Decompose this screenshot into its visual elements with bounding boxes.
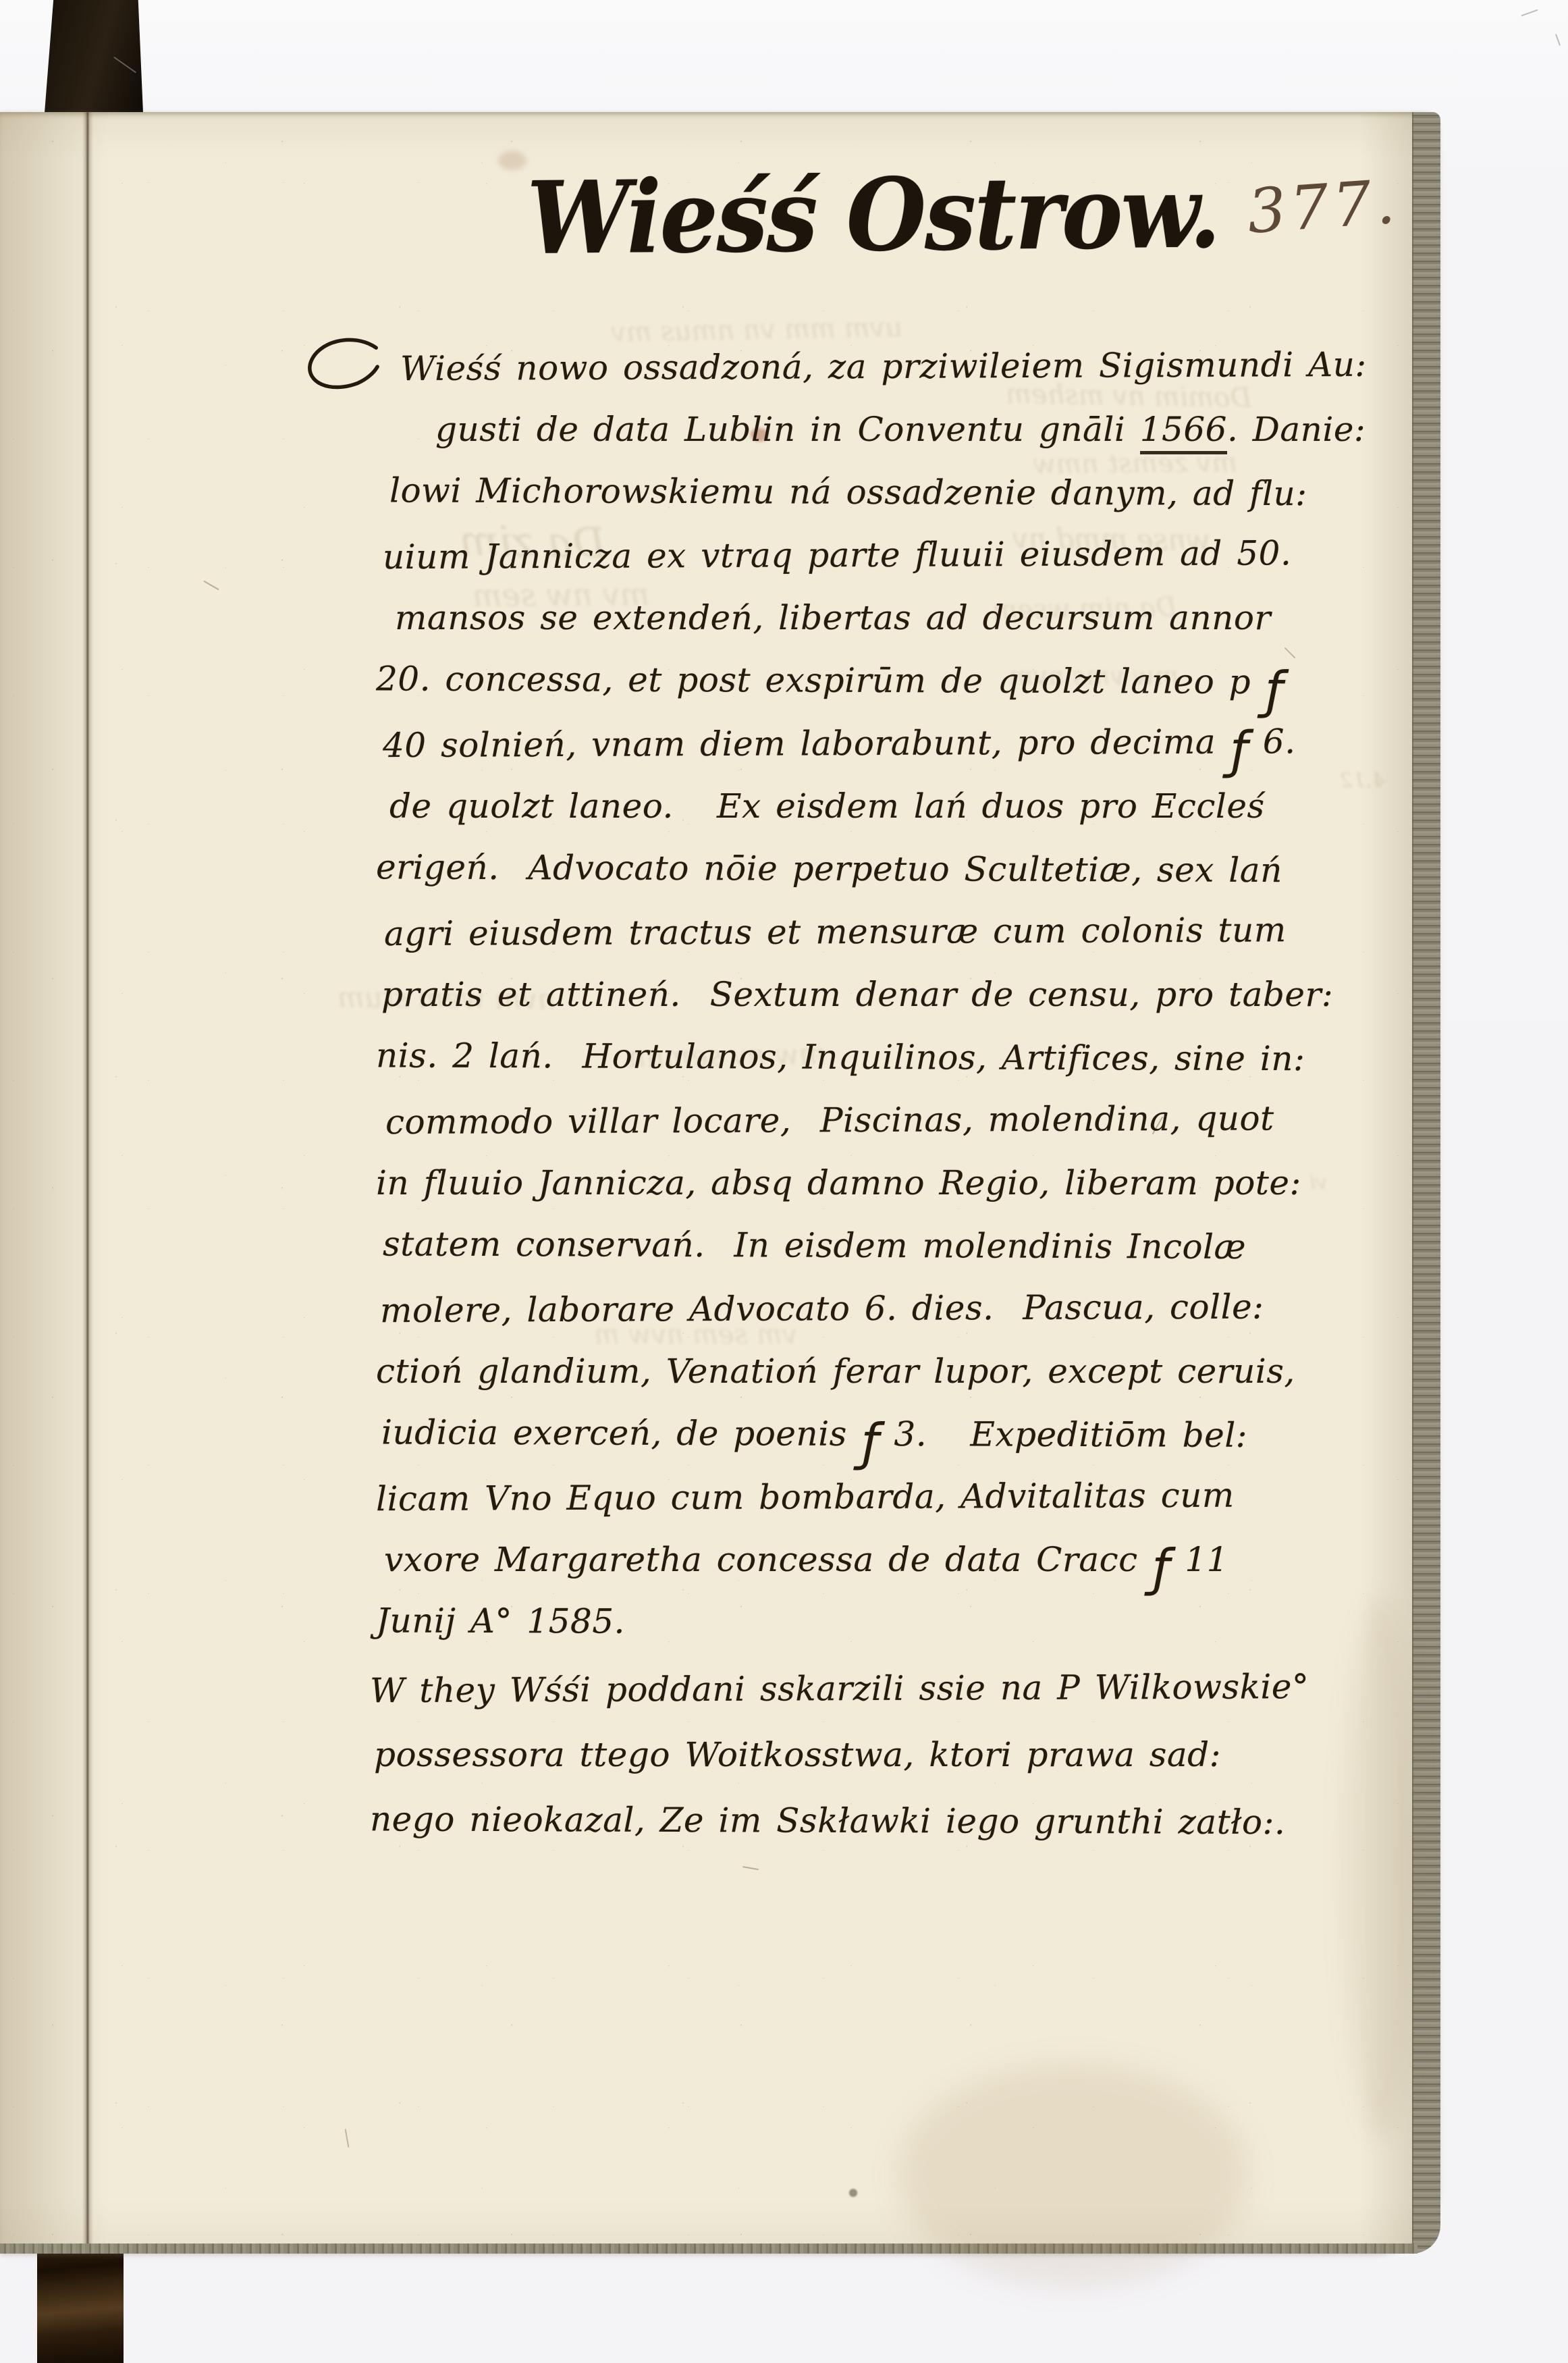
- page-edge-stack-right: [1412, 112, 1440, 2254]
- manuscript-line: commodo villar locare, Piscinas, molendi…: [376, 1087, 1375, 1154]
- paper-fiber: [345, 2129, 350, 2148]
- manuscript-line: molere, laborare Advocato 6. dies. Pascu…: [376, 1275, 1375, 1342]
- manuscript-page: uvm mm vn nmus mvDomim nv mshemmv zemst …: [0, 112, 1439, 2254]
- manuscript-line: licam Vno Equo cum bombarda, Advitalitas…: [376, 1464, 1375, 1531]
- manuscript-line: Wieśś nowo ossadzoná, za prziwileiem Sig…: [376, 334, 1375, 400]
- manuscript-line: erigeń. Advocato nōie perpetuo Scultetiæ…: [376, 836, 1375, 902]
- manuscript-line: 40 solnień, vnam diem laborabunt, pro de…: [376, 710, 1375, 777]
- manuscript-line: lowi Michorowskiemu ná ossadzenie danym,…: [376, 459, 1375, 525]
- page-number: 377.: [1245, 166, 1401, 247]
- manuscript-line: agri eiusdem tractus et mensuræ cum colo…: [376, 899, 1375, 965]
- gutter-crease: [82, 112, 93, 2254]
- paper-stain: [498, 151, 526, 170]
- paper-fiber: [203, 581, 219, 591]
- paragraph-complaint-note: W they Wśśi poddani sskarzili ssie na P …: [370, 1655, 1369, 1854]
- paragraph-mark-icon: [302, 329, 387, 397]
- manuscript-line: iudicia exerceń, de poenis ƒ 3. Expediti…: [376, 1401, 1375, 1467]
- manuscript-line: in fluuio Jannicza, absq damno Regio, li…: [376, 1152, 1375, 1215]
- manuscript-line: 20. concessa, et post exspirūm de quolzt…: [376, 647, 1375, 714]
- manuscript-line: gusti de data Lublin in Conventu gnāli 1…: [376, 398, 1375, 461]
- manuscript-line: mansos se extendeń, libertas ad decursum…: [376, 587, 1375, 649]
- paper-fiber: [1555, 34, 1561, 46]
- manuscript-line: statem conservań. In eisdem molendinis I…: [376, 1213, 1375, 1279]
- manuscript-line: possessora ttego Woitkosstwa, ktori praw…: [370, 1722, 1369, 1788]
- swash-glyph: ƒ: [1230, 720, 1248, 780]
- manuscript-line: de quolzt laneo. Ex eisdem lań duos pro …: [376, 775, 1375, 838]
- manuscript-line: Junij A° 1585.: [376, 1589, 1375, 1655]
- paragraph-charter-entry: Wieśś nowo ossadzoná, za prziwileiem Sig…: [376, 336, 1375, 1654]
- scanned-book-photo: { "document": { "title": "Wieśś Ostrow."…: [0, 0, 1568, 2363]
- manuscript-line: uium Jannicza ex vtraq parte fluuii eius…: [376, 522, 1375, 589]
- manuscript-line: pratis et attineń. Sextum denar de censu…: [376, 963, 1375, 1026]
- manuscript-line: ctioń glandium, Venatioń ferar lupor, ex…: [376, 1340, 1375, 1403]
- page-edge-stack-bottom: [0, 2243, 1417, 2254]
- manuscript-line: nis. 2 lań. Hortulanos, Inquilinos, Arti…: [376, 1024, 1375, 1090]
- underlined-year: 1566: [1140, 410, 1227, 454]
- page-title: Wieśś Ostrow.: [526, 153, 1220, 277]
- paper-fiber: [742, 1866, 759, 1870]
- binding-strap-bottom: [37, 2254, 124, 2363]
- binding-strap-top: [45, 0, 143, 113]
- paper-stain: [849, 2189, 857, 2197]
- manuscript-line: W they Wśśi poddani sskarzili ssie na P …: [370, 1653, 1369, 1724]
- manuscript-line: nego nieokazal, Ze im Sskławki iego grun…: [370, 1786, 1369, 1855]
- paper-fiber: [1521, 9, 1538, 17]
- swash-glyph: ƒ: [1152, 1538, 1170, 1597]
- swash-glyph: ƒ: [861, 1412, 880, 1472]
- manuscript-line: vxore Margaretha concessa de data Cracc …: [376, 1529, 1375, 1591]
